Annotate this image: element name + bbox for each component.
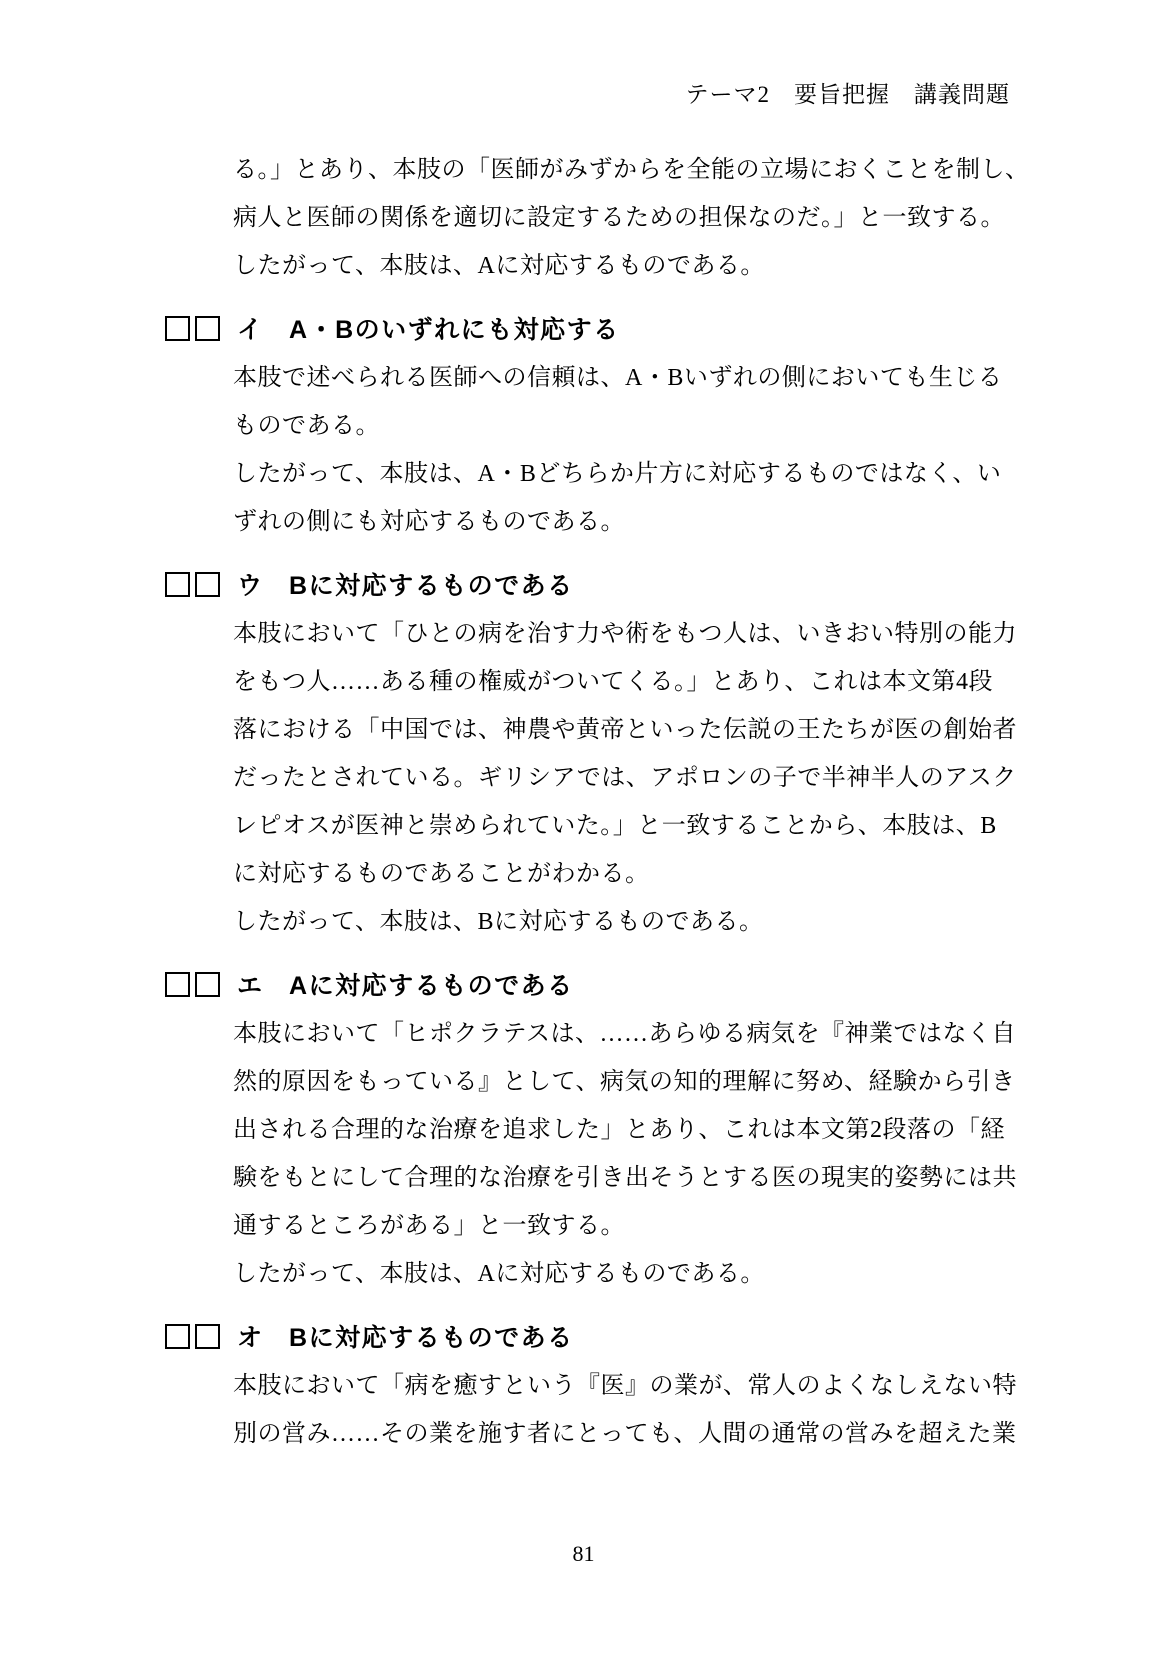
text-line: ものである。 <box>233 402 1053 450</box>
text-line: に対応するものであることがわかる。 <box>233 850 1053 898</box>
text-line: だったとされている。ギリシアでは、アポロンの子で半神半人のアスク <box>233 754 1053 802</box>
section-title: Aに対応するものである <box>289 966 574 1002</box>
text-line: 通するところがある」と一致する。 <box>233 1202 1053 1250</box>
text-line: 病人と医師の関係を適切に設定するための担保なのだ。」と一致する。 <box>233 194 1053 242</box>
text-line: 本肢で述べられる医師への信頼は、A・Bいずれの側においても生じる <box>233 354 1053 402</box>
section-label: エ <box>237 966 263 1002</box>
section-header: イ A・Bのいずれにも対応する <box>165 304 1053 352</box>
document-page: テーマ2 要旨把握 講義問題 る。」とあり、本肢の「医師がみずからを全能の立場に… <box>0 0 1167 1653</box>
checkbox[interactable] <box>165 316 190 341</box>
page-number: 81 <box>0 1541 1167 1567</box>
text-line: 本肢において「ひとの病を治す力や術をもつ人は、いきおい特別の能力 <box>233 610 1053 658</box>
text-line: をもつ人……ある種の権威がついてくる。」とあり、これは本文第4段 <box>233 658 1053 706</box>
section-item: オ Bに対応するものである 本肢において「病を癒すという『医』の業が、常人のよく… <box>233 1312 1053 1458</box>
section-label: イ <box>237 310 263 346</box>
text-line: 出される合理的な治療を追求した」とあり、これは本文第2段落の「経 <box>233 1106 1053 1154</box>
checkbox[interactable] <box>195 1324 220 1349</box>
text-line: したがって、本肢は、Bに対応するものである。 <box>233 898 1053 946</box>
section-body: 本肢において「ひとの病を治す力や術をもつ人は、いきおい特別の能力をもつ人……ある… <box>233 610 1053 946</box>
checkbox[interactable] <box>165 572 190 597</box>
section-title: Bに対応するものである <box>289 566 574 602</box>
text-line: 本肢において「病を癒すという『医』の業が、常人のよくなしえない特 <box>233 1362 1053 1410</box>
checkbox[interactable] <box>195 316 220 341</box>
section-body: 本肢において「病を癒すという『医』の業が、常人のよくなしえない特別の営み……その… <box>233 1362 1053 1458</box>
checkbox[interactable] <box>165 1324 190 1349</box>
text-line: レピオスが医神と崇められていた。」と一致することから、本肢は、B <box>233 802 1053 850</box>
page-header: テーマ2 要旨把握 講義問題 <box>686 76 1011 109</box>
page-content: る。」とあり、本肢の「医師がみずからを全能の立場におくことを制し、病人と医師の関… <box>233 146 1053 1458</box>
checkbox[interactable] <box>195 572 220 597</box>
intro-paragraph: る。」とあり、本肢の「医師がみずからを全能の立場におくことを制し、病人と医師の関… <box>233 146 1053 290</box>
text-line: 本肢において「ヒポクラテスは、……あらゆる病気を『神業ではなく自 <box>233 1010 1053 1058</box>
section-label: ウ <box>237 566 263 602</box>
section-body: 本肢で述べられる医師への信頼は、A・Bいずれの側においても生じるものである。した… <box>233 354 1053 546</box>
text-line: したがって、本肢は、Aに対応するものである。 <box>233 1250 1053 1298</box>
text-line: したがって、本肢は、Aに対応するものである。 <box>233 242 1053 290</box>
section-title: Bに対応するものである <box>289 1318 574 1354</box>
text-line: したがって、本肢は、A・Bどちらか片方に対応するものではなく、い <box>233 450 1053 498</box>
section-title: A・Bのいずれにも対応する <box>289 310 620 346</box>
section-label: オ <box>237 1318 263 1354</box>
text-line: 験をもとにして合理的な治療を引き出そうとする医の現実的姿勢には共 <box>233 1154 1053 1202</box>
section-header: ウ Bに対応するものである <box>165 560 1053 608</box>
section-item: エ Aに対応するものである 本肢において「ヒポクラテスは、……あらゆる病気を『神… <box>233 960 1053 1298</box>
text-line: 落における「中国では、神農や黄帝といった伝説の王たちが医の創始者 <box>233 706 1053 754</box>
section-header: オ Bに対応するものである <box>165 1312 1053 1360</box>
section-item: イ A・Bのいずれにも対応する 本肢で述べられる医師への信頼は、A・Bいずれの側… <box>233 304 1053 546</box>
section-body: 本肢において「ヒポクラテスは、……あらゆる病気を『神業ではなく自然的原因をもって… <box>233 1010 1053 1298</box>
text-line: る。」とあり、本肢の「医師がみずからを全能の立場におくことを制し、 <box>233 146 1053 194</box>
checkbox[interactable] <box>195 972 220 997</box>
section-item: ウ Bに対応するものである 本肢において「ひとの病を治す力や術をもつ人は、いきお… <box>233 560 1053 946</box>
checkbox[interactable] <box>165 972 190 997</box>
section-header: エ Aに対応するものである <box>165 960 1053 1008</box>
text-line: 然的原因をもっている』として、病気の知的理解に努め、経験から引き <box>233 1058 1053 1106</box>
text-line: ずれの側にも対応するものである。 <box>233 498 1053 546</box>
answer-sections: イ A・Bのいずれにも対応する 本肢で述べられる医師への信頼は、A・Bいずれの側… <box>233 304 1053 1458</box>
text-line: 別の営み……その業を施す者にとっても、人間の通常の営みを超えた業 <box>233 1410 1053 1458</box>
